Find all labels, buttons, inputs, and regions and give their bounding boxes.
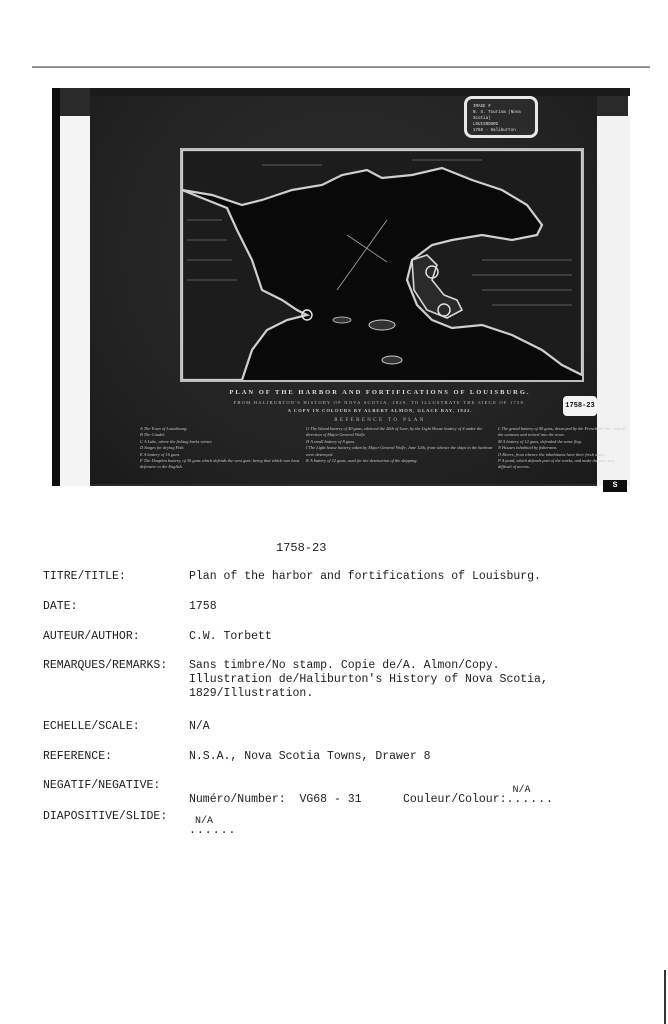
legend-item: K A battery of 12 guns, used for the des… bbox=[306, 458, 496, 464]
field-value: N/A...... bbox=[189, 810, 609, 838]
reference-tag: 1758-23 bbox=[563, 396, 597, 416]
left-paper-strip bbox=[60, 116, 90, 486]
field-label: DIAPOSITIVE/SLIDE: bbox=[43, 810, 189, 824]
field-label: AUTEUR/AUTHOR: bbox=[43, 630, 189, 644]
map-title: PLAN OF THE HARBOR AND FORTIFICATIONS OF… bbox=[170, 389, 590, 396]
legend-item: F The Dauphin battery, of 30 guns which … bbox=[140, 458, 305, 471]
legend-item: G The Island battery of 40 guns, silence… bbox=[306, 426, 496, 439]
field-label: TITRE/TITLE: bbox=[43, 570, 189, 584]
colour-value: N/A bbox=[513, 784, 531, 798]
field-label: ECHELLE/SCALE: bbox=[43, 720, 189, 734]
field-value: Numéro/Number: VG68 - 31 Couleur/Colour:… bbox=[189, 779, 609, 807]
map-photograph: PLAN OF THE HARBOR AND FORTIFICATIONS OF… bbox=[52, 88, 630, 488]
reference-heading: REFERENCE TO PLAN bbox=[170, 418, 590, 423]
scan-edge-mark bbox=[664, 970, 666, 1024]
negative-number-label: Numéro/Number: bbox=[189, 793, 286, 806]
legend-column-3: L The grand battery of 40 guns, destroye… bbox=[498, 426, 628, 471]
label-line: 1758 - Haliburton bbox=[473, 128, 529, 134]
bottom-tab: S bbox=[603, 480, 627, 492]
harbor-map-drawing bbox=[182, 150, 582, 380]
field-value: Plan of the harbor and fortifications of… bbox=[189, 570, 609, 584]
map-sheet: PLAN OF THE HARBOR AND FORTIFICATIONS OF… bbox=[90, 96, 597, 484]
field-value: 1758 bbox=[189, 600, 609, 614]
field-value: N/A bbox=[189, 720, 609, 734]
field-label: DATE: bbox=[43, 600, 189, 614]
field-label: NEGATIF/NEGATIVE: bbox=[43, 779, 189, 793]
field-value: Sans timbre/No stamp. Copie de/A. Almon/… bbox=[189, 659, 609, 701]
field-label: REFERENCE: bbox=[43, 750, 189, 764]
slide-field: N/A...... bbox=[189, 824, 236, 838]
record-reference-number: 1758-23 bbox=[276, 541, 326, 555]
negative-number-value: VG68 - 31 bbox=[299, 793, 361, 806]
colour-field: N/A...... bbox=[507, 793, 554, 807]
field-value: N.S.A., Nova Scotia Towns, Drawer 8 bbox=[189, 750, 609, 764]
slide-value: N/A bbox=[195, 815, 213, 829]
map-subtitle: FROM HALIBURTON'S HISTORY OF NOVA SCOTIA… bbox=[170, 400, 590, 405]
harbor-map bbox=[180, 148, 584, 382]
left-edge bbox=[52, 88, 60, 486]
legend-item: I The Light house battery, taken by Majo… bbox=[306, 445, 496, 458]
archive-label-card: IMAGE # N. S. Tourism (Nova Scotia) LOUI… bbox=[464, 96, 538, 138]
legend-item: P A pond, which defends part of the work… bbox=[498, 458, 628, 471]
colour-label: Couleur/Colour: bbox=[403, 793, 507, 806]
field-label: REMARQUES/REMARKS: bbox=[43, 659, 189, 673]
map-copy-note: A COPY IN COLOURS BY ALBERT ALMON, GLACE… bbox=[170, 408, 590, 413]
legend-item: L The grand battery of 40 guns, destroye… bbox=[498, 426, 628, 439]
top-rule bbox=[32, 66, 650, 68]
legend-column-2: G The Island battery of 40 guns, silence… bbox=[306, 426, 496, 464]
legend-column-1: A The Town of Louisbourg. B The Citadel.… bbox=[140, 426, 305, 471]
top-trim bbox=[90, 88, 630, 96]
label-line: N. S. Tourism (Nova Scotia) bbox=[473, 110, 529, 122]
field-value: C.W. Torbett bbox=[189, 630, 609, 644]
